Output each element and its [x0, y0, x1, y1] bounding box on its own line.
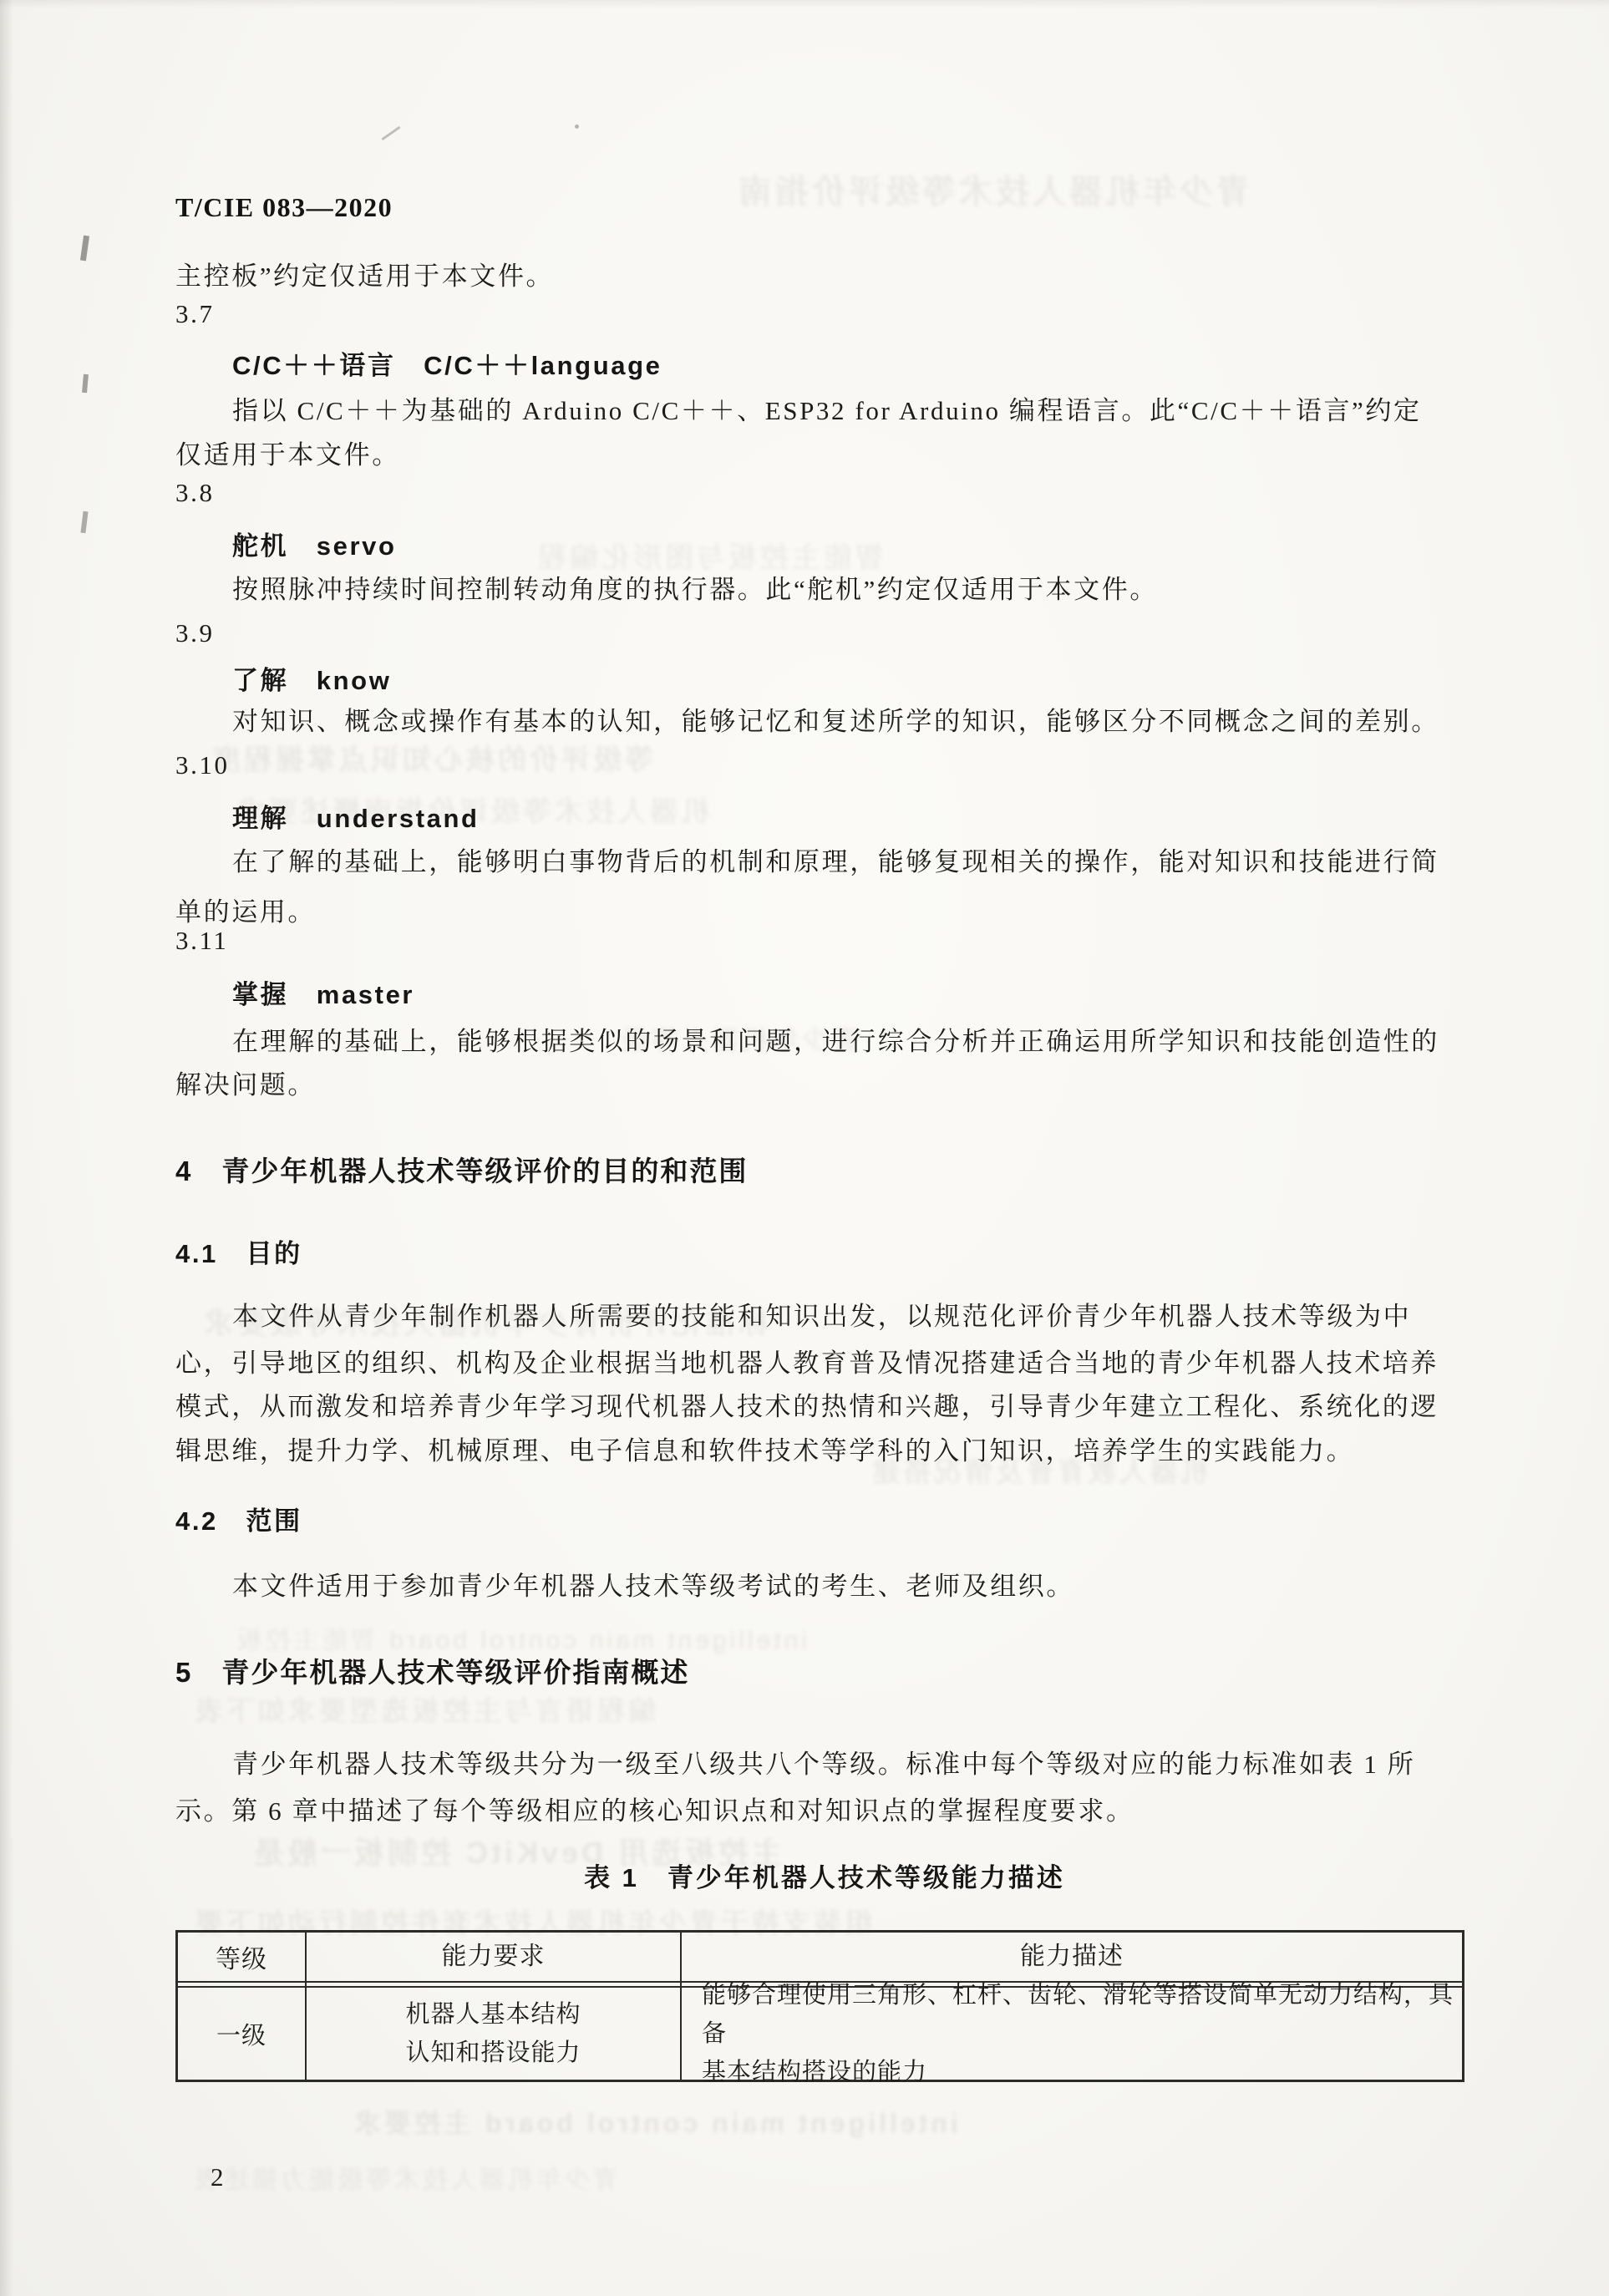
carryover-line: 主控板”约定仅适用于本文件。	[175, 255, 554, 292]
table-cell-requirement: 机器人基本结构 认知和搭设能力	[307, 1988, 682, 2080]
definition-line: 对知识、概念或操作有基本的认知，能够记忆和复述所学的知识，能够区分不同概念之间的…	[232, 700, 1439, 738]
paragraph-line: 辑思维，提升力学、机械原理、电子信息和软件技术等学科的入门知识，培养学生的实践能…	[175, 1430, 1354, 1467]
description-line: 基本结构搭设的能力	[702, 2053, 1462, 2091]
bleedthrough-text: 等级评价的核心知识点掌握程度	[209, 737, 653, 778]
term-heading-understand: 理解 understand	[232, 797, 480, 835]
term-heading-know: 了解 know	[232, 659, 391, 697]
page-number: 2	[211, 2162, 224, 2192]
clause-number-3-11: 3.11	[175, 926, 229, 956]
requirement-line: 机器人基本结构	[405, 1995, 581, 2034]
scan-artifact	[82, 374, 89, 393]
clause-number-3-9: 3.9	[175, 618, 215, 648]
scanned-document-page: 青少年机器人技术等级评价指南 智能主控板与图形化编程 等级评价的核心知识点掌握程…	[0, 0, 1609, 2296]
section-heading-5: 5 青少年机器人技术等级评价指南概述	[175, 1651, 689, 1690]
requirement-line: 认知和搭设能力	[405, 2034, 581, 2072]
scan-artifact	[80, 511, 88, 534]
term-heading-master: 掌握 master	[232, 973, 414, 1011]
clause-number-3-10: 3.10	[175, 750, 230, 780]
table-1: 等级 能力要求 能力描述 一级 机器人基本结构 认知和搭设能力 能够合理使用三角…	[175, 1930, 1464, 2082]
standard-code: T/CIE 083—2020	[175, 192, 393, 223]
scan-edge-shadow	[0, 0, 13, 2296]
section-heading-4: 4 青少年机器人技术等级评价的目的和范围	[175, 1150, 748, 1189]
table-cell-level: 一级	[178, 1988, 307, 2080]
scan-artifact	[381, 126, 400, 140]
paragraph-line: 青少年机器人技术等级共分为一级至八级共八个等级。标准中每个等级对应的能力标准如表…	[232, 1743, 1415, 1780]
scan-edge-shadow-top	[0, 0, 1609, 8]
definition-line: 在理解的基础上，能够根据类似的场景和问题，进行综合分析并正确运用所学知识和技能创…	[232, 1020, 1439, 1058]
paragraph-line: 模式，从而激发和培养青少年学习现代机器人技术的热情和兴趣，引导青少年建立工程化、…	[175, 1385, 1439, 1423]
description-line: 能够合理使用三角形、杠杆、齿轮、滑轮等搭设简单无动力结构，具备	[702, 1976, 1462, 2053]
bleedthrough-text: intelligent main control board 主控要求	[351, 2102, 958, 2141]
paragraph-line: 本文件从青少年制作机器人所需要的技能和知识出发，以规范化评价青少年机器人技术等级…	[232, 1295, 1411, 1333]
bleedthrough-text: 青少年机器人技术等级能力描述表	[192, 2159, 618, 2196]
scan-artifact	[80, 236, 89, 262]
definition-line: 在了解的基础上，能够明白事物背后的机制和原理，能够复现相关的操作，能对知识和技能…	[232, 841, 1439, 878]
bleedthrough-text: 青少年机器人技术等级评价指南	[735, 165, 1250, 213]
section-heading-4-1: 4.1 目的	[175, 1232, 302, 1270]
paragraph-line: 示。第 6 章中描述了每个等级相应的核心知识点和对知识点的掌握程度要求。	[175, 1790, 1134, 1827]
table-header-row: 等级 能力要求 能力描述	[178, 1933, 1462, 1983]
table-cell-description: 能够合理使用三角形、杠杆、齿轮、滑轮等搭设简单无动力结构，具备 基本结构搭设的能…	[682, 1988, 1462, 2080]
table-header-requirement: 能力要求	[307, 1933, 682, 1981]
section-heading-4-2: 4.2 范围	[175, 1500, 302, 1537]
table-header-level: 等级	[178, 1933, 307, 1981]
bleedthrough-text: 编程语言与主控板选型要求如下表	[192, 1689, 656, 1729]
scan-artifact	[575, 124, 579, 129]
term-heading-servo: 舵机 servo	[232, 525, 397, 562]
clause-number-3-7: 3.7	[175, 299, 215, 329]
definition-line: 指以 C/C＋＋为基础的 Arduino C/C＋＋、ESP32 for Ard…	[232, 389, 1422, 427]
definition-line: 仅适用于本文件。	[175, 434, 400, 471]
table-header-description: 能力描述	[682, 1933, 1462, 1981]
definition-line: 单的运用。	[175, 891, 316, 928]
table-caption: 表 1 青少年机器人技术等级能力描述	[20, 1857, 1609, 1894]
paragraph-line: 本文件适用于参加青少年机器人技术等级考试的考生、老师及组织。	[232, 1565, 1074, 1603]
paragraph-line: 心，引导地区的组织、机构及企业根据当地机器人教育普及情况搭建适合当地的青少年机器…	[175, 1342, 1439, 1379]
definition-line: 解决问题。	[175, 1064, 316, 1101]
term-heading-cpp-language: C/C＋＋语言 C/C＋＋language	[232, 344, 662, 382]
table-row-level-1: 一级 机器人基本结构 认知和搭设能力 能够合理使用三角形、杠杆、齿轮、滑轮等搭设…	[178, 1988, 1462, 2080]
definition-line: 按照脉冲持续时间控制转动角度的执行器。此“舵机”约定仅适用于本文件。	[232, 568, 1158, 606]
clause-number-3-8: 3.8	[175, 478, 215, 508]
